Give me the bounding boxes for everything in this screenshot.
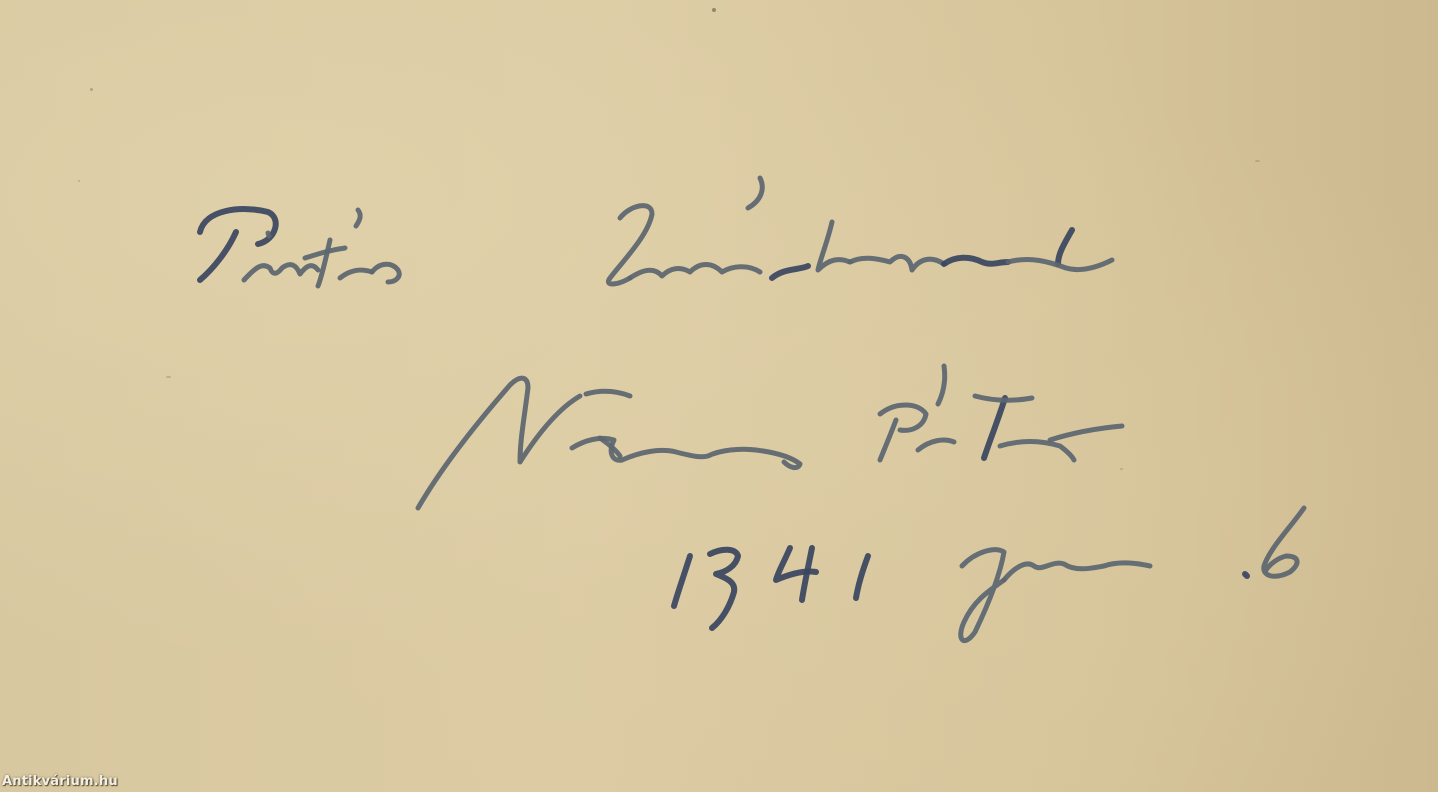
dedication-handwriting — [200, 178, 1112, 286]
handwriting-ink — [0, 0, 1438, 792]
date-handwriting — [674, 508, 1304, 641]
signature-handwriting — [418, 366, 1122, 508]
book-page: Pintér Sándornak Veres Péter 1941 jun. 6… — [0, 0, 1438, 792]
watermark-antikvarium: Antikvárium.hu — [2, 774, 118, 789]
